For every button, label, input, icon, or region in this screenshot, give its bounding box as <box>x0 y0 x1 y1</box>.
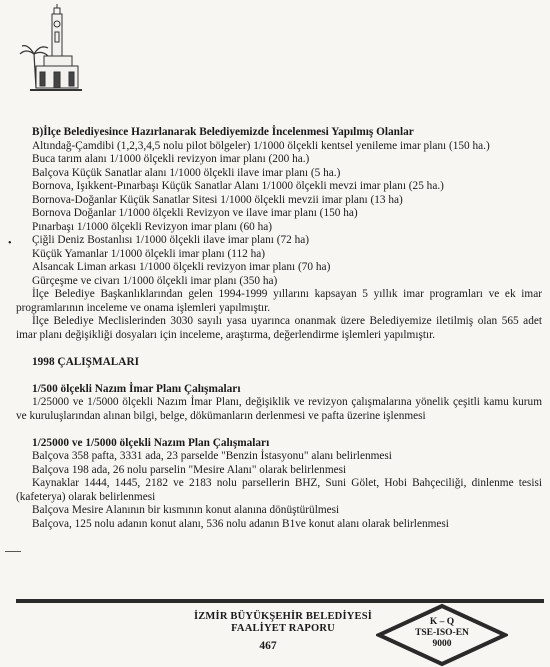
paragraph: İlçe Belediye Meclislerinden 3030 sayılı… <box>16 315 542 342</box>
list-item: Balçova Mesire Alanının bir kısmının kon… <box>16 504 542 518</box>
list-item: Kaynaklar 1444, 1445, 2182 ve 2183 nolu … <box>16 477 542 504</box>
list-item: Küçük Yamanlar 1/1000 ölçekli imar planı… <box>16 248 542 262</box>
subsection-title: 1/500 ölçekli Nazım İmar Planı Çalışmala… <box>16 383 542 397</box>
scan-mark <box>5 551 21 552</box>
scan-mark: • <box>8 238 12 249</box>
cert-line: TSE-ISO-EN <box>376 628 508 639</box>
document-body: B)İlçe Belediyesince Hazırlanarak Beledi… <box>16 126 542 531</box>
cert-line: K – Q <box>376 617 508 628</box>
section-b-title: B)İlçe Belediyesince Hazırlanarak Beledi… <box>16 126 542 140</box>
page-number: 467 <box>238 640 298 652</box>
org-name: İZMİR BÜYÜKŞEHİR BELEDİYESİ <box>168 611 398 623</box>
cert-line: 9000 <box>376 639 508 650</box>
paragraph: İlçe Belediye Başkanlıklarından gelen 19… <box>16 288 542 315</box>
certification-badge: K – Q TSE-ISO-EN 9000 <box>376 617 508 650</box>
list-item: Altındağ-Çamdibi (1,2,3,4,5 nolu pilot b… <box>16 140 542 154</box>
list-item: Buca tarım alanı 1/1000 ölçekli revizyon… <box>16 153 542 167</box>
list-item: Çiğli Deniz Bostanlısı 1/1000 ölçekli il… <box>16 234 542 248</box>
list-item: Balçova Küçük Sanatlar alanı 1/1000 ölçe… <box>16 167 542 181</box>
list-item: Pınarbaşı 1/1000 ölçekli Revizyon imar p… <box>16 221 542 235</box>
list-item: Gürçeşme ve civarı 1/1000 ölçekli imar p… <box>16 275 542 289</box>
list-item: Balçova 358 pafta, 3331 ada, 23 parselde… <box>16 450 542 464</box>
list-item: Balçova, 125 nolu adanın konut alanı, 53… <box>16 518 542 532</box>
list-item: Alsancak Liman arkası 1/1000 ölçekli rev… <box>16 261 542 275</box>
report-name: FAALİYET RAPORU <box>168 623 398 635</box>
list-item: Balçova 198 ada, 26 nolu parselin "Mesir… <box>16 464 542 478</box>
list-item: Bornova-Doğanlar Küçük Sanatlar Sitesi 1… <box>16 194 542 208</box>
list-item: Bornova Doğanlar 1/1000 ölçekli Revizyon… <box>16 207 542 221</box>
footer-org: İZMİR BÜYÜKŞEHİR BELEDİYESİ FAALİYET RAP… <box>168 611 398 634</box>
paragraph: 1/25000 ve 1/5000 ölçekli Nazım İmar Pla… <box>16 396 542 423</box>
section-1998-title: 1998 ÇALIŞMALARI <box>16 356 542 370</box>
subsection-title: 1/25000 ve 1/5000 ölçekli Nazım Plan Çal… <box>16 437 542 451</box>
clock-tower-icon <box>18 4 90 96</box>
list-item: Bornova, Işıkkent-Pınarbaşı Küçük Sanatl… <box>16 180 542 194</box>
